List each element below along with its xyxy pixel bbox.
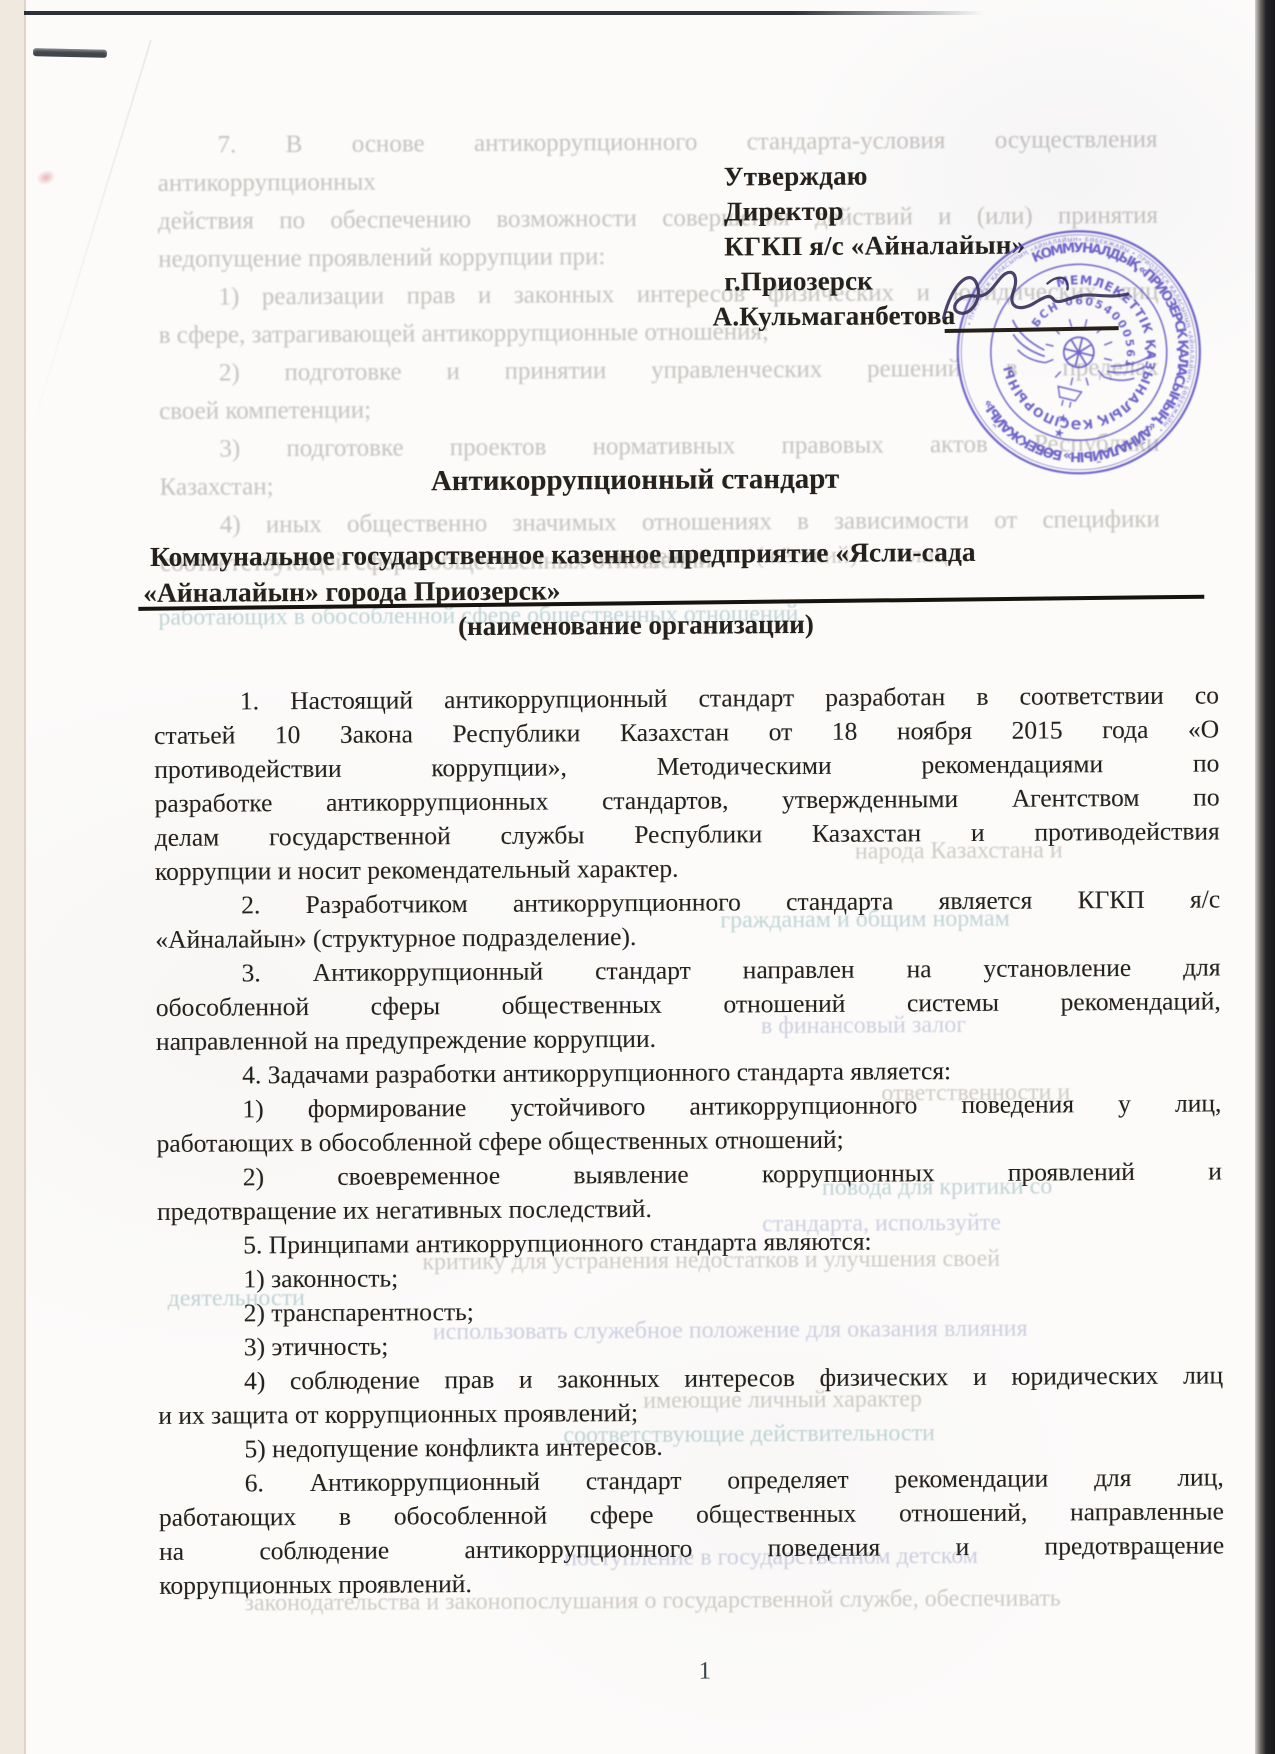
body-line: 2. Разработчиком антикоррупционного стан… xyxy=(155,882,1220,923)
approval-line: Утверждаю xyxy=(712,158,1025,195)
document-body: 1. Настоящий антикоррупционный стандарт … xyxy=(154,678,1225,1602)
body-line: 4) соблюдение прав и законных интересов … xyxy=(158,1358,1223,1399)
organization-caption: (наименование организации) xyxy=(0,606,1274,645)
page-number: 1 xyxy=(5,1653,1275,1690)
scanned-page: 7. В основе антикоррупционного стандарта… xyxy=(0,0,1275,1754)
body-line: на соблюдение антикоррупционного поведен… xyxy=(159,1528,1224,1569)
bleedthrough-text-side: народа Казахстана игражданам и общим нор… xyxy=(0,0,1270,4)
body-line: делам государственной службы Республики … xyxy=(155,814,1220,855)
body-line: 1) формирование устойчивого антикоррупци… xyxy=(156,1086,1221,1127)
body-line: обособленной сферы общественных отношени… xyxy=(156,984,1221,1025)
body-line: 2) своевременное выявление коррупционных… xyxy=(157,1154,1222,1195)
bleedthrough-text-mid: поведения (жёсткий) лицработающих в обос… xyxy=(0,0,1270,4)
body-line: коррупционных проявлений. xyxy=(159,1562,1224,1603)
organization-name-line1: Коммунальное государственное казенное пр… xyxy=(150,536,976,573)
